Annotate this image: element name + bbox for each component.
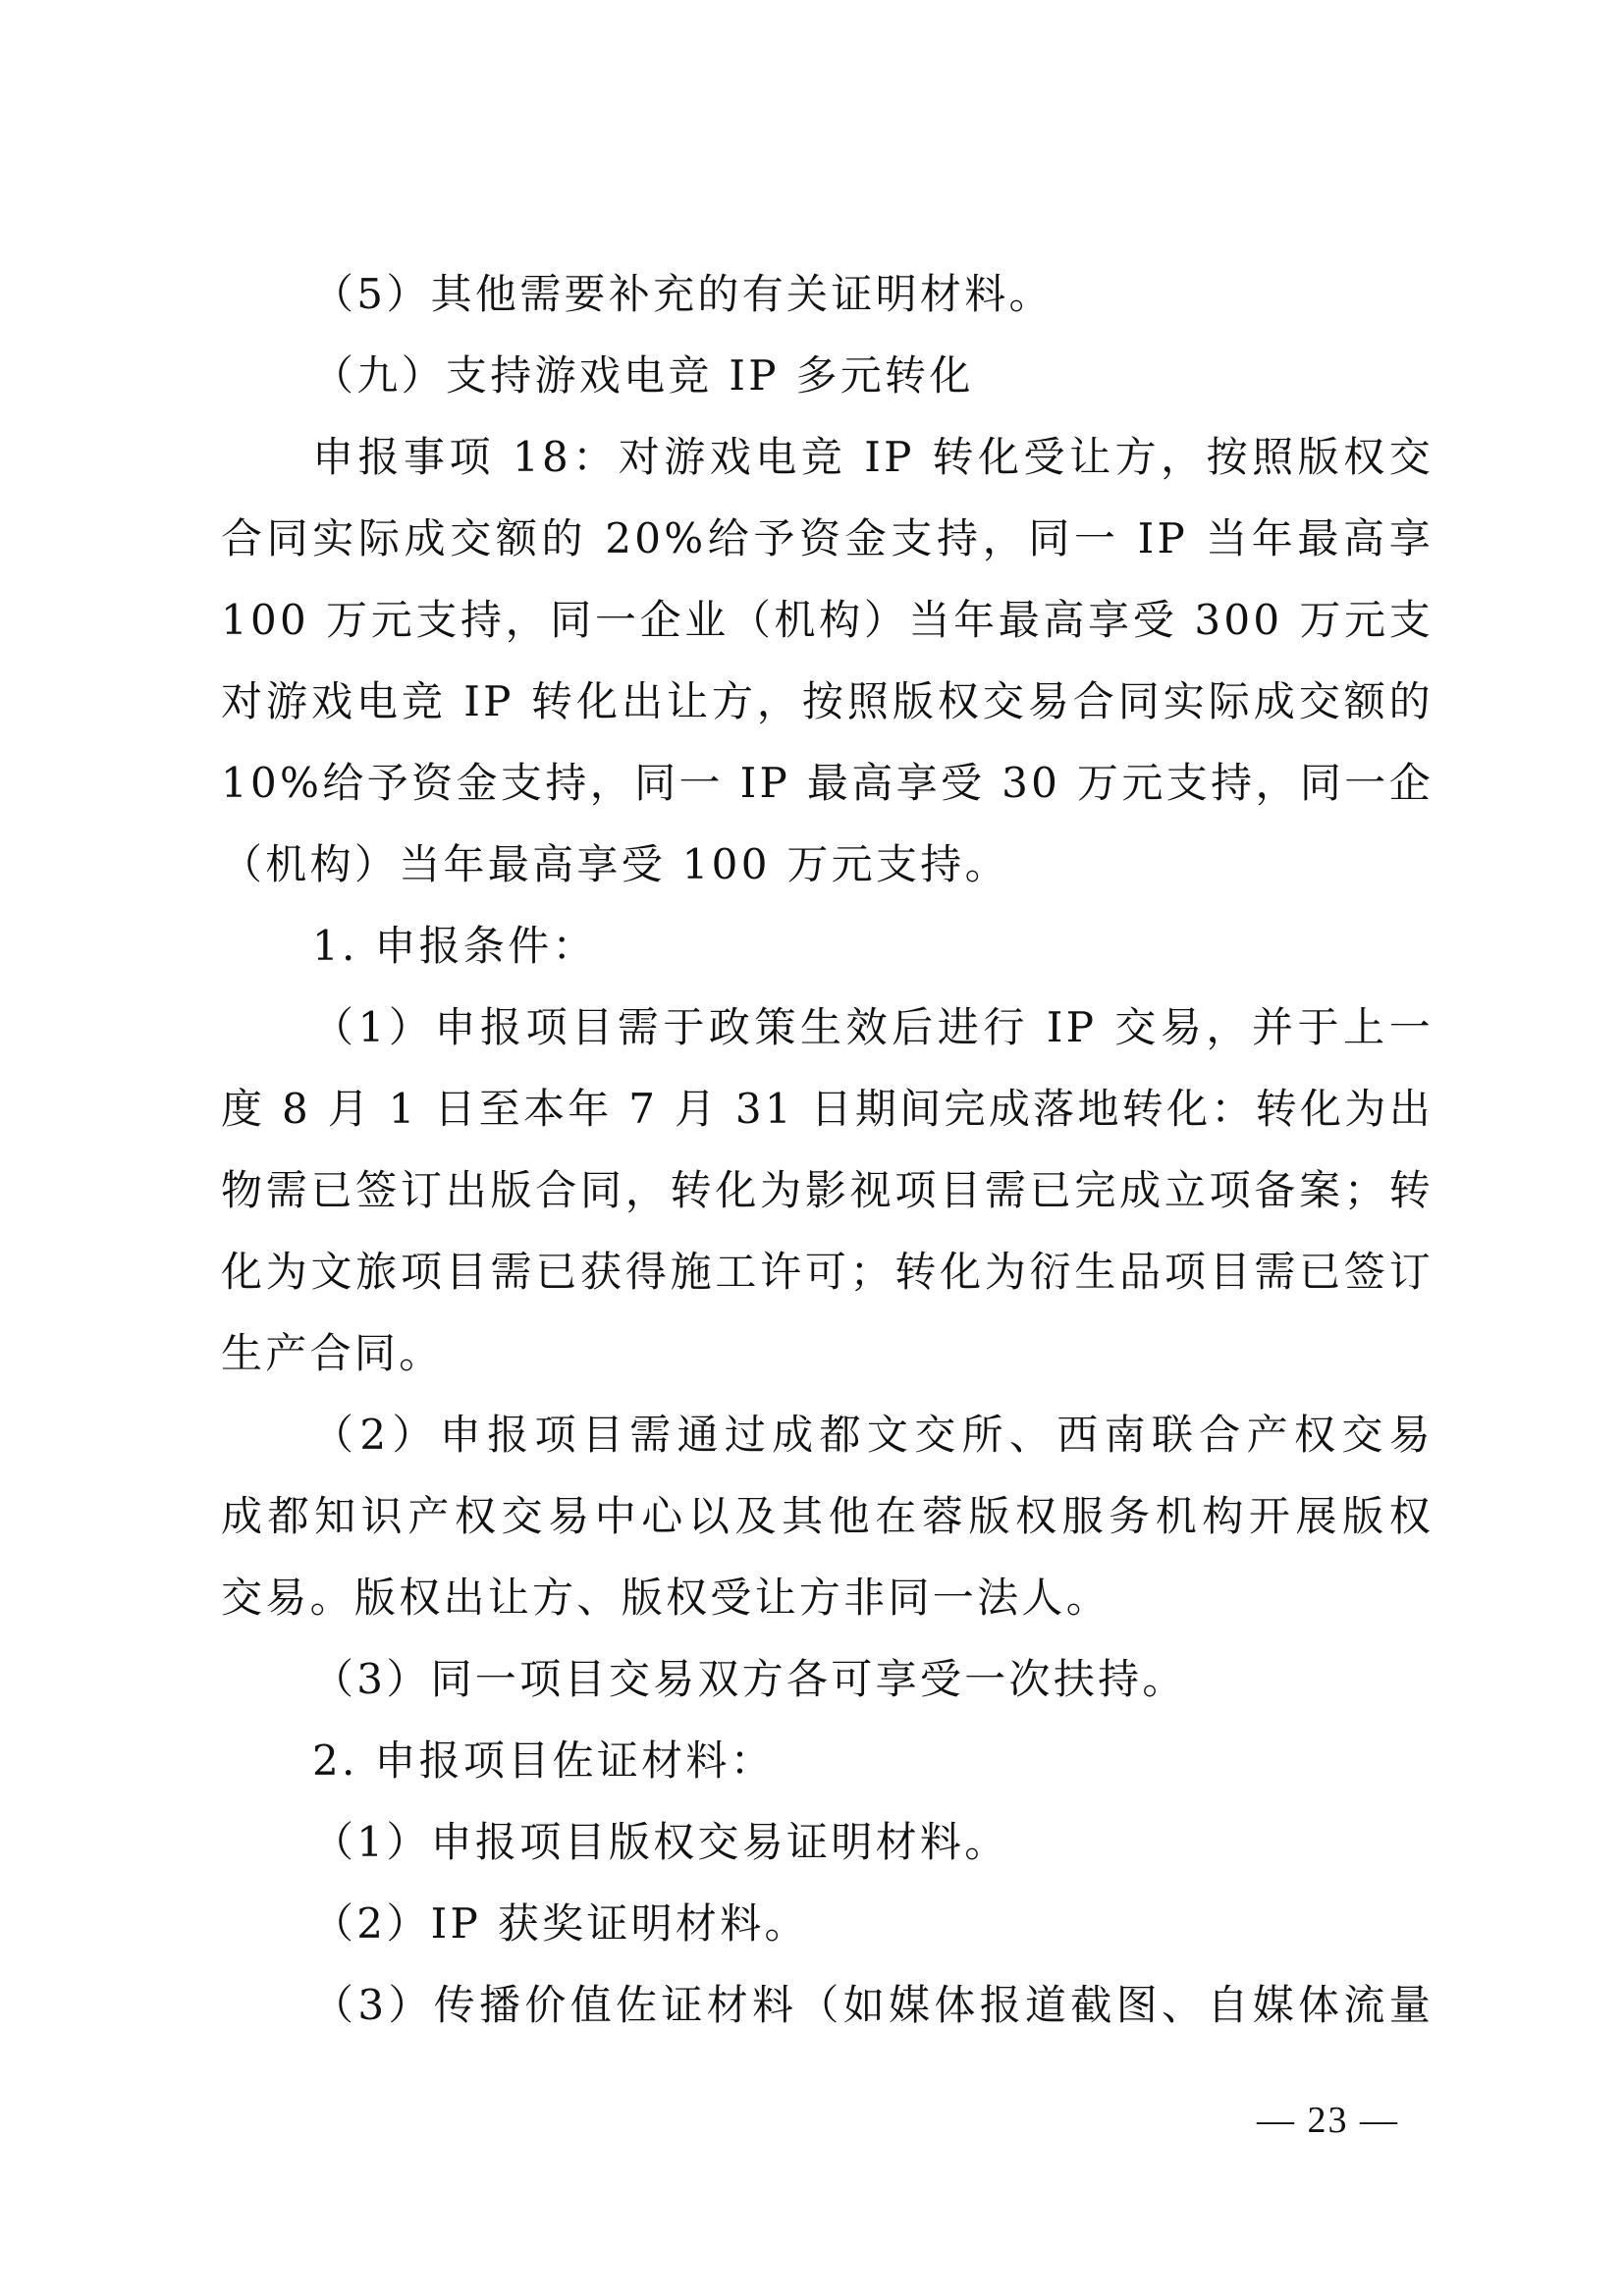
- paragraph-line: 成都知识产权交易中心以及其他在蓉版权服务机构开展版权: [221, 1489, 1434, 1544]
- paragraph-line: （3）同一项目交易双方各可享受一次扶持。: [312, 1652, 1434, 1707]
- document-page: （5）其他需要补充的有关证明材料。 （九）支持游戏电竞 IP 多元转化 申报事项…: [0, 0, 1624, 2296]
- paragraph-line: 化为文旅项目需已获得施工许可；转化为衍生品项目需已签订: [221, 1245, 1434, 1300]
- paragraph-line: 交易。版权出让方、版权受让方非同一法人。: [221, 1571, 1434, 1626]
- paragraph-line: 10%给予资金支持，同一 IP 最高享受 30 万元支持，同一企业: [221, 756, 1434, 811]
- subheading-materials: 2. 申报项目佐证材料：: [312, 1734, 1434, 1789]
- subheading-conditions: 1. 申报条件：: [312, 919, 1434, 974]
- paragraph-line: （2）IP 获奖证明材料。: [312, 1896, 1434, 1951]
- paragraph-line: 度 8 月 1 日至本年 7 月 31 日期间完成落地转化：转化为出版: [221, 1082, 1434, 1137]
- paragraph-line: 合同实际成交额的 20%给予资金支持，同一 IP 当年最高享受: [221, 511, 1434, 566]
- paragraph-line: 100 万元支持，同一企业（机构）当年最高享受 300 万元支持；: [221, 593, 1434, 648]
- paragraph-line: 物需已签订出版合同，转化为影视项目需已完成立项备案；转: [221, 1163, 1434, 1218]
- paragraph-line: （1）申报项目版权交易证明材料。: [312, 1815, 1434, 1870]
- paragraph-line: 申报事项 18：对游戏电竞 IP 转化受让方，按照版权交易: [312, 430, 1434, 485]
- page-number: — 23 —: [1257, 2099, 1399, 2142]
- paragraph-line: （机构）当年最高享受 100 万元支持。: [221, 837, 1434, 892]
- paragraph-line: （3）传播价值佐证材料（如媒体报道截图、自媒体流量: [312, 1978, 1434, 2033]
- item-5-other-materials: （5）其他需要补充的有关证明材料。: [312, 267, 1434, 322]
- paragraph-line: 对游戏电竞 IP 转化出让方，按照版权交易合同实际成交额的: [221, 674, 1434, 729]
- paragraph-line: （1）申报项目需于政策生效后进行 IP 交易，并于上一年: [312, 1000, 1434, 1055]
- section-heading-9: （九）支持游戏电竞 IP 多元转化: [312, 348, 1434, 403]
- paragraph-line: （2）申报项目需通过成都文交所、西南联合产权交易所、: [312, 1408, 1434, 1463]
- paragraph-line: 生产合同。: [221, 1326, 1434, 1381]
